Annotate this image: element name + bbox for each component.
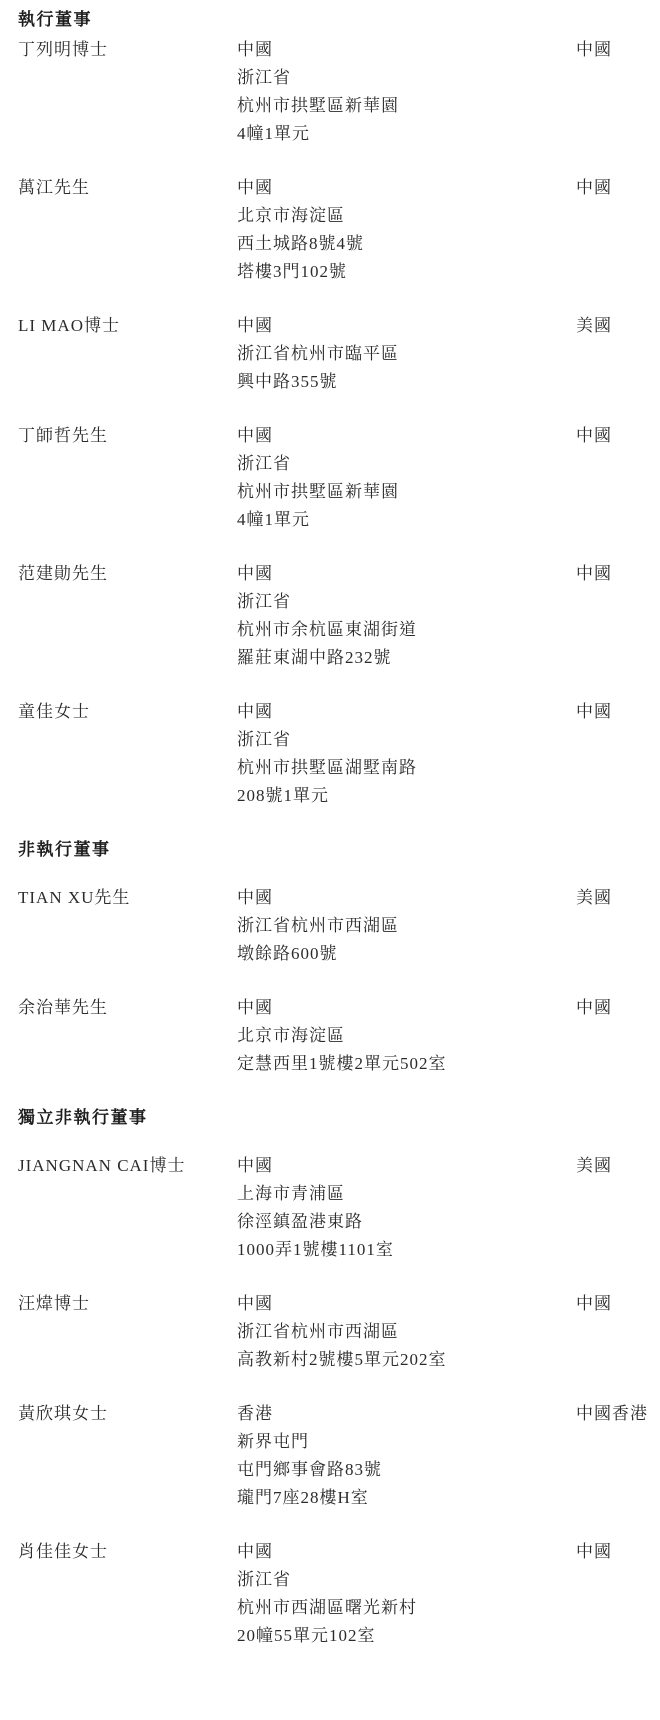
director-row: 丁師哲先生 中國浙江省杭州市拱墅區新華園4幢1單元 中國: [18, 422, 660, 534]
director-nationality: 中國: [576, 174, 660, 202]
section-rows: JIANGNAN CAI博士 中國上海市青浦區徐涇鎮盈港東路1000弄1號樓11…: [18, 1152, 660, 1650]
address-line: 高教新村2號樓5單元202室: [237, 1346, 576, 1374]
address-line: 中國: [237, 1538, 576, 1566]
address-line: 208號1單元: [237, 782, 576, 810]
director-name: 余治華先生: [18, 994, 237, 1022]
director-name: LI MAO博士: [18, 312, 237, 340]
director-row: 范建勛先生 中國浙江省杭州市余杭區東湖街道羅莊東湖中路232號 中國: [18, 560, 660, 672]
section-header: 非執行董事: [18, 836, 660, 864]
director-row: 童佳女士 中國浙江省杭州市拱墅區湖墅南路208號1單元 中國: [18, 698, 660, 810]
director-name: 丁列明博士: [18, 36, 237, 64]
director-nationality: 中國: [576, 698, 660, 726]
director-name: 萬江先生: [18, 174, 237, 202]
director-nationality: 美國: [576, 312, 660, 340]
director-address: 中國浙江省杭州市西湖區高教新村2號樓5單元202室: [237, 1290, 576, 1374]
director-nationality: 中國: [576, 36, 660, 64]
director-nationality: 美國: [576, 1152, 660, 1180]
director-row: TIAN XU先生 中國浙江省杭州市西湖區墩餘路600號 美國: [18, 884, 660, 968]
address-line: 中國: [237, 312, 576, 340]
address-line: 中國: [237, 1290, 576, 1318]
address-line: 浙江省: [237, 64, 576, 92]
address-line: 屯門鄉事會路83號: [237, 1456, 576, 1484]
director-address: 中國浙江省杭州市臨平區興中路355號: [237, 312, 576, 396]
director-address: 香港新界屯門屯門鄉事會路83號瓏門7座28樓H室: [237, 1400, 576, 1512]
address-line: 浙江省: [237, 588, 576, 616]
address-line: 中國: [237, 994, 576, 1022]
address-line: 浙江省: [237, 726, 576, 754]
section-header: 獨立非執行董事: [18, 1104, 660, 1132]
address-line: 西土城路8號4號: [237, 230, 576, 258]
address-line: 中國: [237, 698, 576, 726]
director-address: 中國浙江省杭州市西湖區曙光新村20幢55單元102室: [237, 1538, 576, 1650]
address-line: 塔樓3門102號: [237, 258, 576, 286]
address-line: 新界屯門: [237, 1428, 576, 1456]
director-section: 非執行董事 TIAN XU先生 中國浙江省杭州市西湖區墩餘路600號 美國 余治…: [18, 836, 660, 1078]
address-line: 4幢1單元: [237, 506, 576, 534]
director-address: 中國浙江省杭州市西湖區墩餘路600號: [237, 884, 576, 968]
director-name: TIAN XU先生: [18, 884, 237, 912]
address-line: 中國: [237, 884, 576, 912]
director-row: 汪煒博士 中國浙江省杭州市西湖區高教新村2號樓5單元202室 中國: [18, 1290, 660, 1374]
address-line: 中國: [237, 560, 576, 588]
address-line: 羅莊東湖中路232號: [237, 644, 576, 672]
director-name: 童佳女士: [18, 698, 237, 726]
address-line: 中國: [237, 422, 576, 450]
address-line: 香港: [237, 1400, 576, 1428]
director-row: 肖佳佳女士 中國浙江省杭州市西湖區曙光新村20幢55單元102室 中國: [18, 1538, 660, 1650]
address-line: 瓏門7座28樓H室: [237, 1484, 576, 1512]
director-name: 汪煒博士: [18, 1290, 237, 1318]
director-section: 執行董事 丁列明博士 中國浙江省杭州市拱墅區新華園4幢1單元 中國 萬江先生 中…: [18, 6, 660, 810]
director-nationality: 中國: [576, 1290, 660, 1318]
address-line: 4幢1單元: [237, 120, 576, 148]
section-header: 執行董事: [18, 6, 660, 34]
section-rows: TIAN XU先生 中國浙江省杭州市西湖區墩餘路600號 美國 余治華先生 中國…: [18, 884, 660, 1078]
director-nationality: 中國: [576, 1538, 660, 1566]
director-name: JIANGNAN CAI博士: [18, 1152, 237, 1180]
address-line: 杭州市拱墅區新華園: [237, 478, 576, 506]
director-nationality: 美國: [576, 884, 660, 912]
address-line: 北京市海淀區: [237, 202, 576, 230]
directors-page: 執行董事 丁列明博士 中國浙江省杭州市拱墅區新華園4幢1單元 中國 萬江先生 中…: [0, 0, 660, 1696]
address-line: 20幢55單元102室: [237, 1622, 576, 1650]
director-address: 中國浙江省杭州市拱墅區湖墅南路208號1單元: [237, 698, 576, 810]
address-line: 北京市海淀區: [237, 1022, 576, 1050]
director-address: 中國北京市海淀區定慧西里1號樓2單元502室: [237, 994, 576, 1078]
address-line: 杭州市余杭區東湖街道: [237, 616, 576, 644]
address-line: 杭州市西湖區曙光新村: [237, 1594, 576, 1622]
address-line: 1000弄1號樓1101室: [237, 1236, 576, 1264]
address-line: 興中路355號: [237, 368, 576, 396]
director-row: 萬江先生 中國北京市海淀區西土城路8號4號塔樓3門102號 中國: [18, 174, 660, 286]
director-section: 獨立非執行董事 JIANGNAN CAI博士 中國上海市青浦區徐涇鎮盈港東路10…: [18, 1104, 660, 1650]
director-address: 中國上海市青浦區徐涇鎮盈港東路1000弄1號樓1101室: [237, 1152, 576, 1264]
director-address: 中國浙江省杭州市余杭區東湖街道羅莊東湖中路232號: [237, 560, 576, 672]
address-line: 中國: [237, 1152, 576, 1180]
director-name: 丁師哲先生: [18, 422, 237, 450]
address-line: 浙江省: [237, 1566, 576, 1594]
address-line: 浙江省杭州市臨平區: [237, 340, 576, 368]
address-line: 杭州市拱墅區湖墅南路: [237, 754, 576, 782]
address-line: 中國: [237, 36, 576, 64]
director-nationality: 中國: [576, 994, 660, 1022]
address-line: 中國: [237, 174, 576, 202]
address-line: 定慧西里1號樓2單元502室: [237, 1050, 576, 1078]
address-line: 上海市青浦區: [237, 1180, 576, 1208]
director-row: 丁列明博士 中國浙江省杭州市拱墅區新華園4幢1單元 中國: [18, 36, 660, 148]
director-nationality: 中國: [576, 560, 660, 588]
director-address: 中國浙江省杭州市拱墅區新華園4幢1單元: [237, 422, 576, 534]
directors-list: 執行董事 丁列明博士 中國浙江省杭州市拱墅區新華園4幢1單元 中國 萬江先生 中…: [18, 6, 660, 1650]
director-name: 肖佳佳女士: [18, 1538, 237, 1566]
director-row: 黃欣琪女士 香港新界屯門屯門鄉事會路83號瓏門7座28樓H室 中國香港: [18, 1400, 660, 1512]
address-line: 浙江省杭州市西湖區: [237, 912, 576, 940]
director-name: 黃欣琪女士: [18, 1400, 237, 1428]
address-line: 墩餘路600號: [237, 940, 576, 968]
address-line: 浙江省杭州市西湖區: [237, 1318, 576, 1346]
director-address: 中國北京市海淀區西土城路8號4號塔樓3門102號: [237, 174, 576, 286]
director-name: 范建勛先生: [18, 560, 237, 588]
director-nationality: 中國: [576, 422, 660, 450]
director-address: 中國浙江省杭州市拱墅區新華園4幢1單元: [237, 36, 576, 148]
director-row: LI MAO博士 中國浙江省杭州市臨平區興中路355號 美國: [18, 312, 660, 396]
director-row: JIANGNAN CAI博士 中國上海市青浦區徐涇鎮盈港東路1000弄1號樓11…: [18, 1152, 660, 1264]
address-line: 杭州市拱墅區新華園: [237, 92, 576, 120]
address-line: 徐涇鎮盈港東路: [237, 1208, 576, 1236]
director-nationality: 中國香港: [576, 1400, 660, 1428]
address-line: 浙江省: [237, 450, 576, 478]
director-row: 余治華先生 中國北京市海淀區定慧西里1號樓2單元502室 中國: [18, 994, 660, 1078]
section-rows: 丁列明博士 中國浙江省杭州市拱墅區新華園4幢1單元 中國 萬江先生 中國北京市海…: [18, 36, 660, 810]
